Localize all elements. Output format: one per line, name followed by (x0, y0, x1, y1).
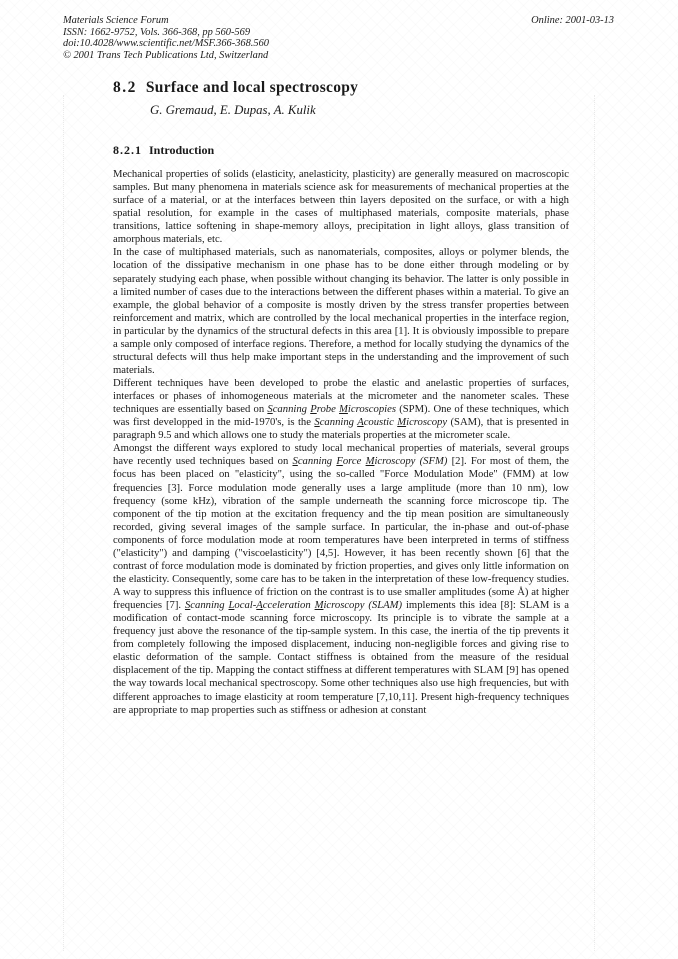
body-paragraphs: Mechanical properties of solids (elastic… (113, 168, 569, 717)
copyright-line: © 2001 Trans Tech Publications Ltd, Swit… (63, 50, 614, 62)
text-run: icroscopy (406, 417, 447, 428)
text-run: canning (298, 456, 337, 467)
text-run: robe (317, 404, 339, 415)
text-run: [2]. For most of them, the focus has bee… (113, 456, 569, 611)
issn-line: ISSN: 1662-9752, Vols. 366-368, pp 560-5… (63, 27, 614, 39)
text-run: icroscopy (SFM) (374, 456, 447, 467)
text-run: M (339, 404, 348, 415)
text-run: canning (273, 404, 311, 415)
paper-page: Materials Science Forum ISSN: 1662-9752,… (0, 0, 678, 959)
paragraph: Different techniques have been developed… (113, 377, 569, 442)
authors-line: G. Gremaud, E. Dupas, A. Kulik (150, 103, 316, 118)
text-run: icroscopies (348, 404, 396, 415)
text-run: ocal- (234, 600, 256, 611)
text-run: implements this idea [8]: SLAM is a modi… (113, 600, 569, 716)
journal-header: Materials Science Forum ISSN: 1662-9752,… (63, 15, 614, 62)
section-heading: 8.2.1Introduction (113, 143, 214, 158)
chapter-number: 8.2 (113, 79, 137, 96)
chapter-title: 8.2Surface and local spectroscopy (113, 79, 358, 97)
text-run: canning (190, 600, 228, 611)
online-date: Online: 2001-03-13 (531, 15, 614, 27)
paragraph: Mechanical properties of solids (elastic… (113, 168, 569, 246)
text-run: icroscopy (SLAM) (323, 600, 402, 611)
scan-artifact-right-line (594, 95, 595, 951)
paragraph: Amongst the different ways explored to s… (113, 442, 569, 716)
scan-artifact-left-line (63, 95, 64, 951)
text-run: orce (343, 456, 366, 467)
section-title-text: Introduction (149, 143, 214, 157)
paragraph: In the case of multiphased materials, su… (113, 246, 569, 377)
text-run: In the case of multiphased materials, su… (113, 247, 569, 376)
section-number: 8.2.1 (113, 143, 142, 157)
text-run: Mechanical properties of solids (elastic… (113, 169, 569, 245)
text-run: coustic (364, 417, 398, 428)
chapter-title-text: Surface and local spectroscopy (146, 79, 358, 96)
text-run: M (397, 417, 406, 428)
text-run: canning (320, 417, 357, 428)
doi-line: doi:10.4028/www.scientific.net/MSF.366-3… (63, 38, 614, 50)
text-run: cceleration (263, 600, 315, 611)
